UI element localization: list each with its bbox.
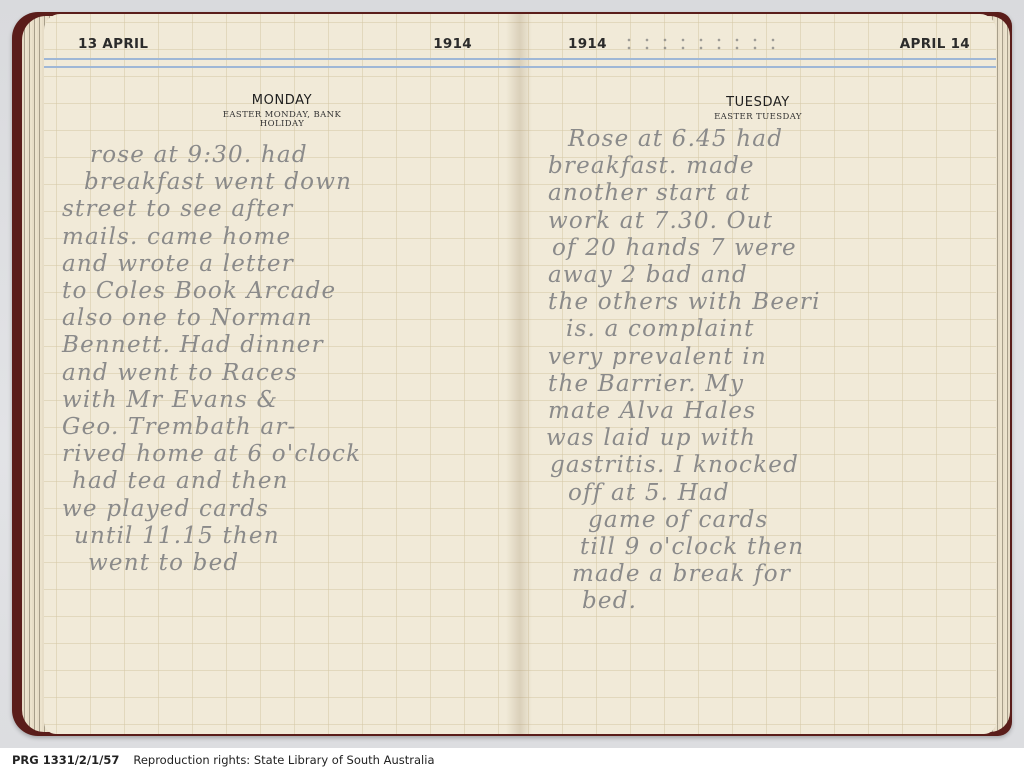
entry-line: and wrote a letter <box>62 251 506 278</box>
header-year: 1914 <box>568 36 607 52</box>
handwritten-entry: Rose at 6.45 had breakfast. made another… <box>538 126 982 616</box>
day-name: MONDAY <box>44 93 520 108</box>
entry-line: and went to Races <box>62 360 506 387</box>
perforation-marks <box>620 36 780 52</box>
diary-page-left: 13 APRIL 1914 MONDAY Easter Monday, Bank… <box>44 14 520 734</box>
day-name: TUESDAY <box>520 95 996 110</box>
entry-line: game of cards <box>538 507 982 534</box>
entry-line: the Barrier. My <box>538 371 982 398</box>
entry-line: breakfast went down <box>62 169 506 196</box>
entry-line: Rose at 6.45 had <box>538 126 982 153</box>
entry-line: we played cards <box>62 496 506 523</box>
header-rule <box>520 58 996 68</box>
handwritten-entry: rose at 9:30. had breakfast went down st… <box>62 142 506 577</box>
entry-line: rose at 9:30. had <box>62 142 506 169</box>
entry-line: bed. <box>538 588 982 615</box>
entry-line: Bennett. Had dinner <box>62 332 506 359</box>
entry-line: until 11.15 then <box>62 523 506 550</box>
entry-line: had tea and then <box>62 468 506 495</box>
day-note: Easter Tuesday <box>520 112 996 122</box>
header-date: APRIL 14 <box>900 36 970 52</box>
entry-line: also one to Norman <box>62 305 506 332</box>
header-rule <box>44 58 520 68</box>
entry-line: work at 7.30. Out <box>538 208 982 235</box>
entry-line: Geo. Trembath ar- <box>62 414 506 441</box>
entry-line: mails. came home <box>62 224 506 251</box>
entry-line: mate Alva Hales <box>538 398 982 425</box>
caption-bar: PRG 1331/2/1/57 Reproduction rights: Sta… <box>0 748 1024 771</box>
entry-line: is. a complaint <box>538 316 982 343</box>
entry-line: was laid up with <box>538 425 982 452</box>
header-date: 13 APRIL <box>78 36 148 52</box>
entry-line: off at 5. Had <box>538 480 982 507</box>
entry-line: made a break for <box>538 561 982 588</box>
entry-line: gastritis. I knocked <box>538 452 982 479</box>
entry-line: rived home at 6 o'clock <box>62 441 506 468</box>
entry-line: the others with Beeri <box>538 289 982 316</box>
entry-line: with Mr Evans & <box>62 387 506 414</box>
entry-line: away 2 bad and <box>538 262 982 289</box>
entry-line: street to see after <box>62 196 506 223</box>
entry-line: to Coles Book Arcade <box>62 278 506 305</box>
entry-line: till 9 o'clock then <box>538 534 982 561</box>
diary-page-right: 1914 APRIL 14 TUESDAY Easter Tuesday Ros… <box>520 14 996 734</box>
entry-line: very prevalent in <box>538 344 982 371</box>
header-year: 1914 <box>433 36 472 52</box>
entry-line: of 20 hands 7 were <box>538 235 982 262</box>
reproduction-rights: Reproduction rights: State Library of So… <box>133 753 434 767</box>
day-note-cont: Holiday <box>44 119 520 129</box>
entry-line: another start at <box>538 180 982 207</box>
archive-reference: PRG 1331/2/1/57 <box>12 753 119 767</box>
entry-line: went to bed <box>62 550 506 577</box>
entry-line: breakfast. made <box>538 153 982 180</box>
